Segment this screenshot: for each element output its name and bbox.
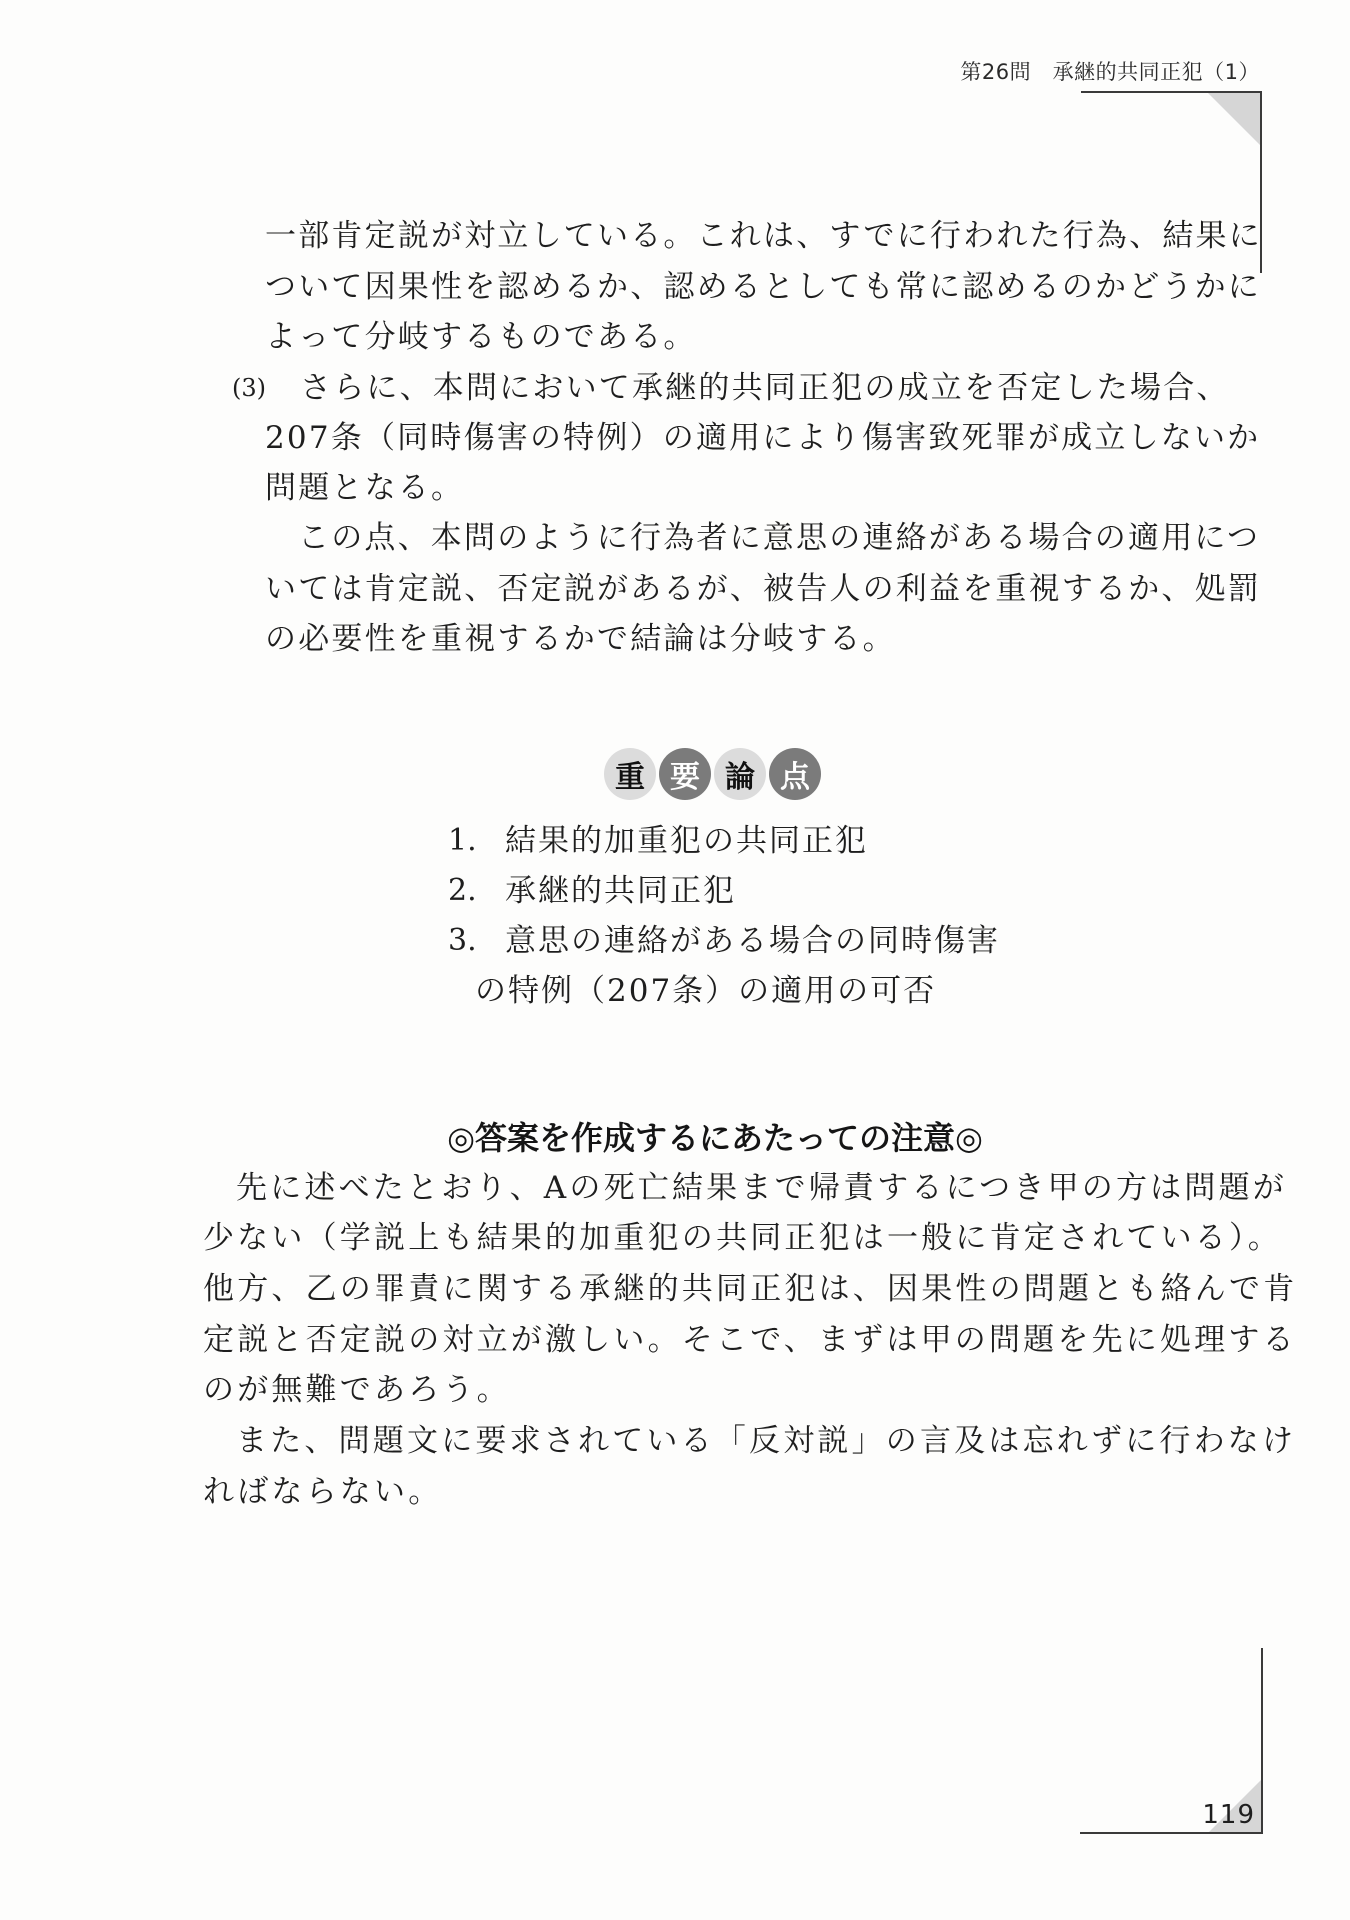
page-number: 119 (1202, 1800, 1255, 1830)
corner-triangle-icon (1208, 93, 1260, 145)
list-item-continuation: の特例（207条）の適用の可否 (475, 966, 936, 1016)
body-line: よって分岐するものである。 (265, 312, 697, 362)
body-line: 207条（同時傷害の特例）の適用により傷害致死罪が成立しないか (265, 413, 1260, 463)
badge-char: 要 (659, 748, 711, 800)
body-line: 他方、乙の罪責に関する承継的共同正犯は、因果性の問題とも絡んで肯 (203, 1264, 1297, 1314)
body-line: また、問題文に要求されている「反対説」の言及は忘れずに行わなけ (236, 1416, 1296, 1466)
body-line: 少ない（学説上も結果的加重犯の共同正犯は一般に肯定されている）。 (203, 1213, 1282, 1263)
running-head: 第26問 承継的共同正犯（1） (960, 56, 1260, 86)
list-number: 2. (448, 866, 498, 916)
item-marker: (3) (232, 363, 266, 413)
list-number: 1. (448, 816, 498, 866)
body-line: のが無難であろう。 (203, 1365, 511, 1415)
corner-mark-bottom: 119 (1080, 1648, 1263, 1834)
body-line: いては肯定説、否定説があるが、被告人の利益を重視するか、処罰 (265, 564, 1261, 614)
body-line: 先に述べたとおり、Aの死亡結果まで帰責するにつき甲の方は問題が (236, 1163, 1287, 1213)
body-line: ついて因果性を認めるか、認めるとしても常に認めるのかどうかに (265, 262, 1261, 312)
body-line: ればならない。 (203, 1467, 442, 1517)
list-item: 意思の連絡がある場合の同時傷害 (505, 916, 1000, 966)
badge-char: 重 (604, 748, 656, 800)
list-item: 承継的共同正犯 (505, 866, 736, 916)
body-line: この点、本問のように行為者に意思の連絡がある場合の適用につ (298, 513, 1260, 563)
badge-char: 点 (769, 748, 821, 800)
list-number: 3. (448, 916, 498, 966)
body-line: さらに、本問において承継的共同正犯の成立を否定した場合、 (300, 363, 1230, 413)
badge-char: 論 (714, 748, 766, 800)
key-points-heading: 重 要 論 点 (604, 748, 824, 800)
body-line: 問題となる。 (265, 463, 464, 513)
body-line: 一部肯定説が対立している。これは、すでに行われた行為、結果に (265, 211, 1262, 261)
body-line: 定説と否定説の対立が激しい。そこで、まずは甲の問題を先に処理する (203, 1315, 1297, 1365)
list-item: 結果的加重犯の共同正犯 (505, 816, 868, 866)
notes-title: ◎答案を作成するにあたっての注意◎ (424, 1113, 1006, 1163)
body-line: の必要性を重視するかで結論は分岐する。 (265, 614, 896, 664)
